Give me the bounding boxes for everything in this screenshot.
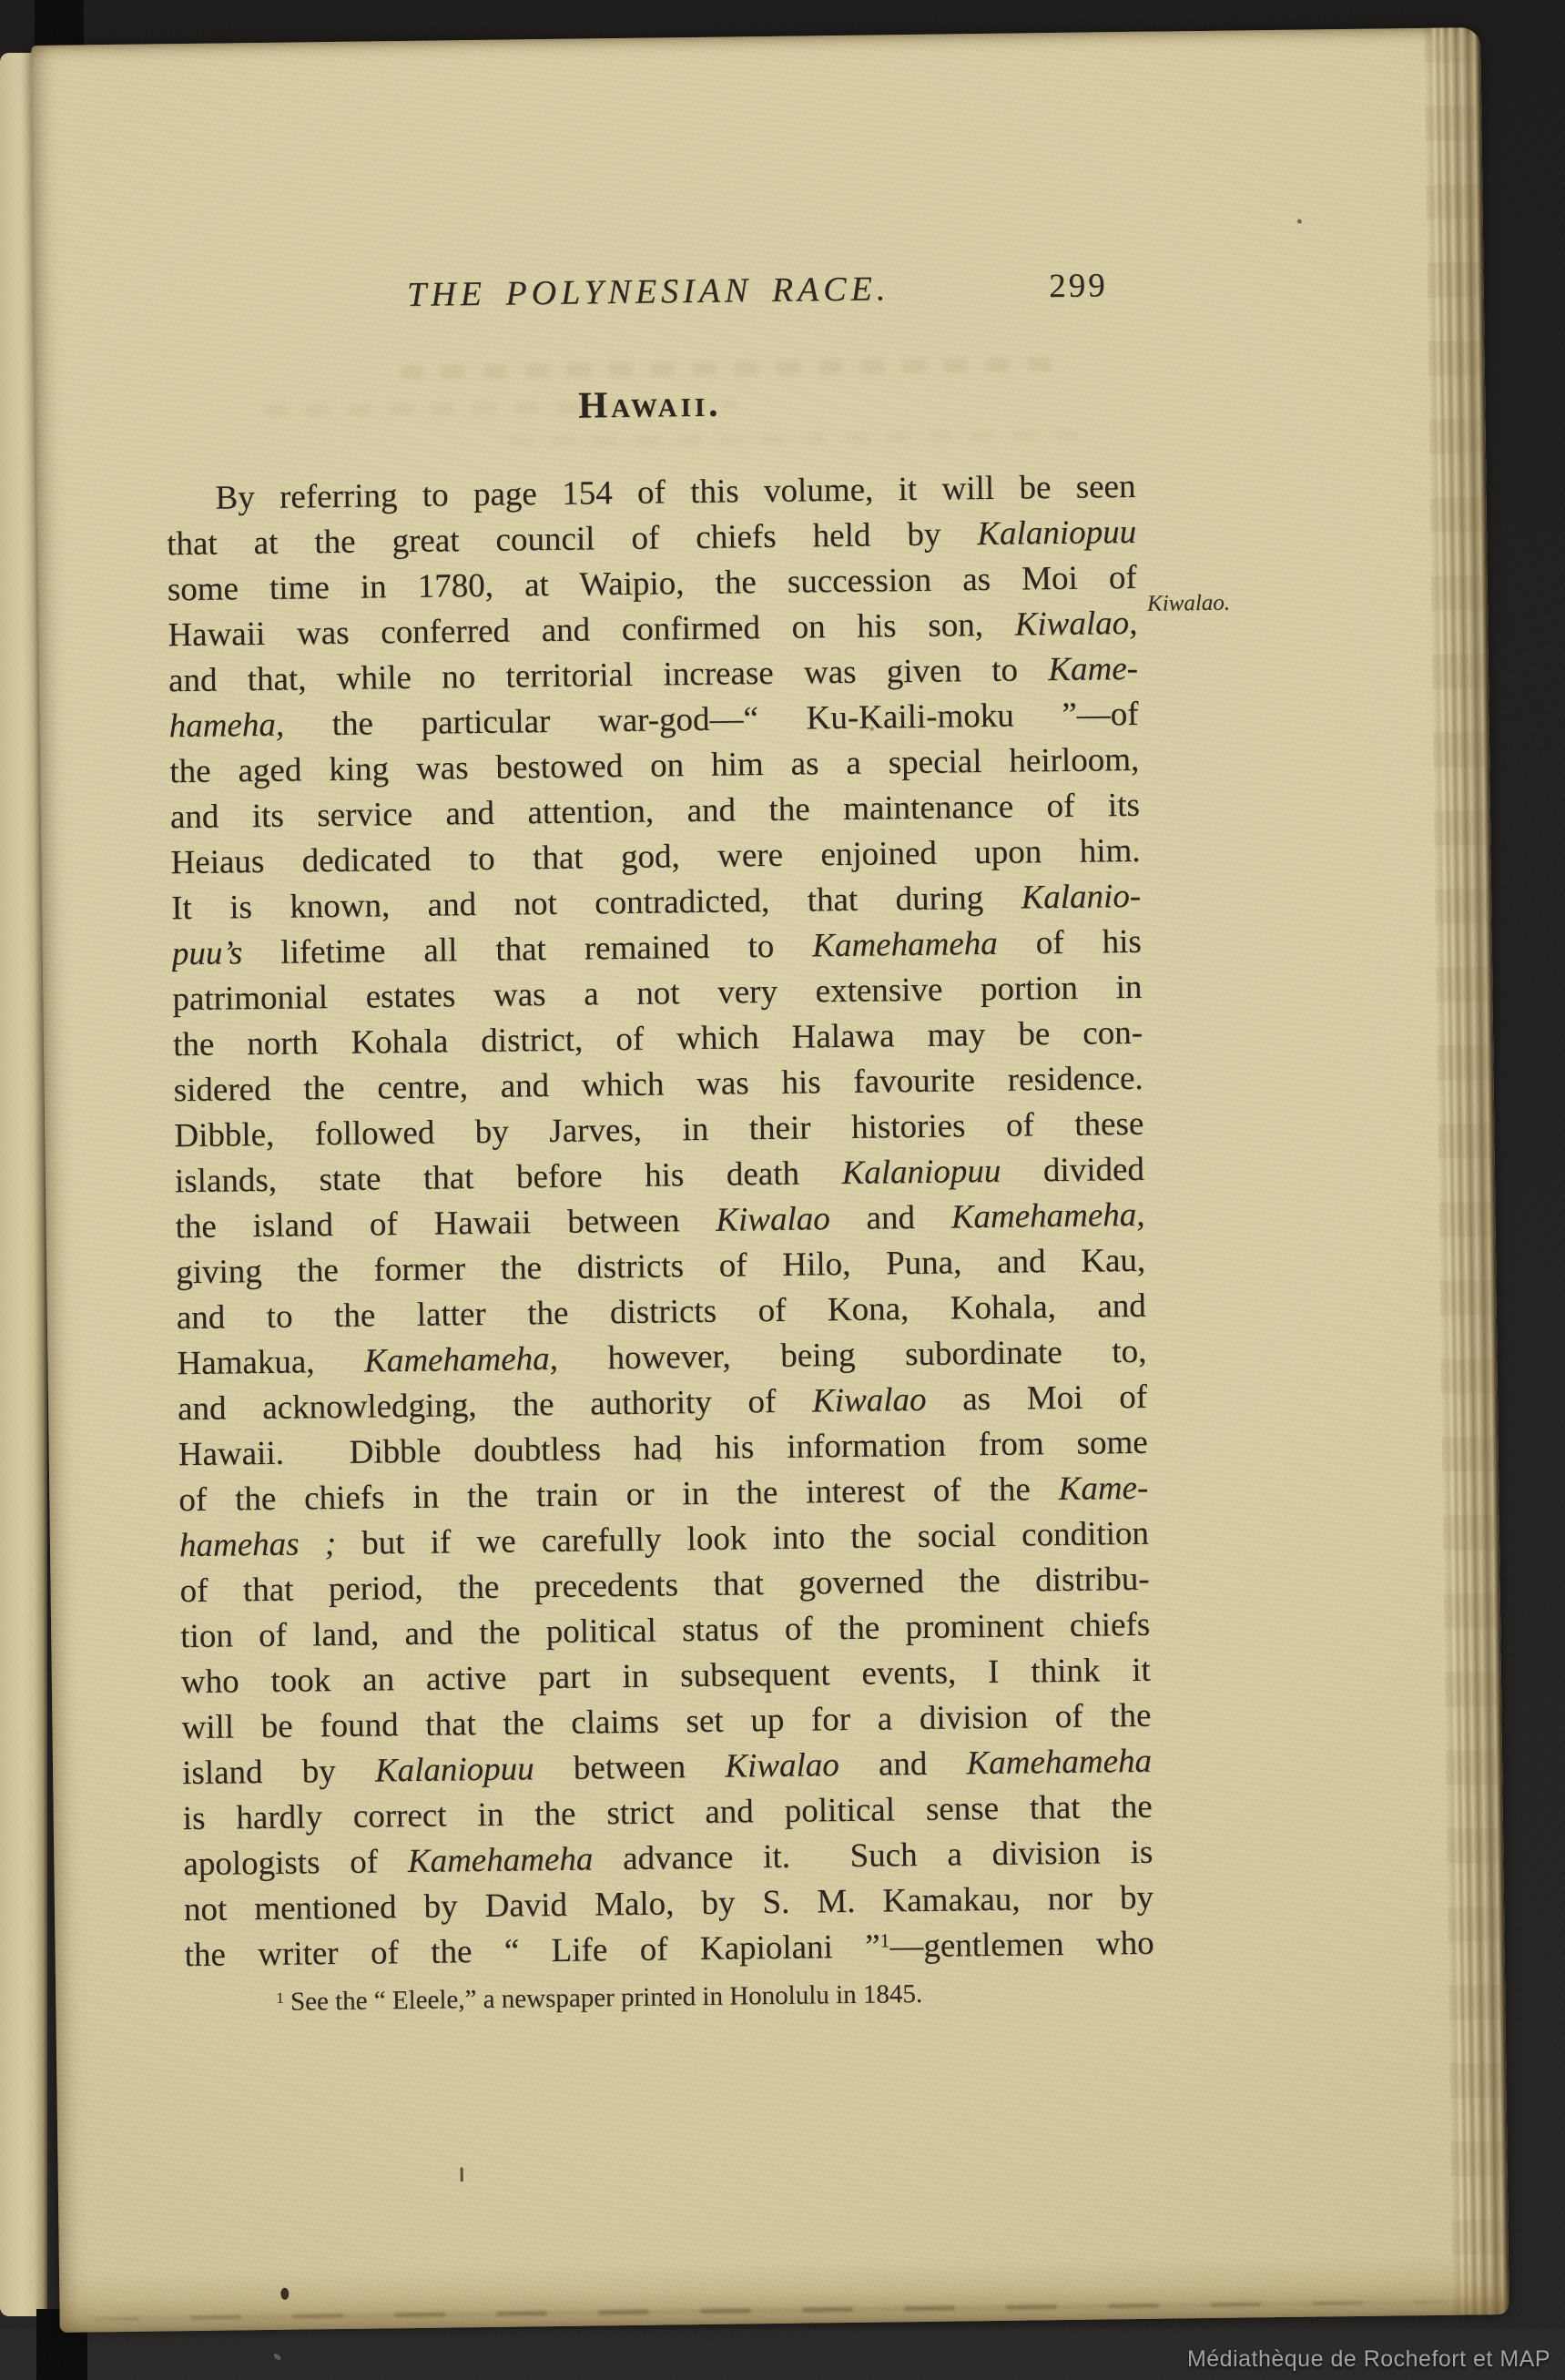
watermark: Médiathèque de Rochefort et MAP	[1187, 2346, 1550, 2373]
paper-speck	[461, 2167, 463, 2182]
page-bottom-stain	[59, 2254, 1509, 2333]
paper-speck	[280, 2288, 289, 2300]
section-heading: Hawaii.	[165, 376, 1135, 432]
paper-speck	[1297, 219, 1302, 224]
scanned-book-page: THE POLYNESIAN RACE. 299 Hawaii. By refe…	[0, 0, 1565, 2380]
body-text: By referring to page 154 of this volume,…	[166, 464, 1154, 1978]
margin-note: Kiwalao.	[1147, 588, 1311, 617]
book-page: THE POLYNESIAN RACE. 299 Hawaii. By refe…	[31, 27, 1509, 2333]
page-number: 299	[1049, 265, 1108, 308]
footnote: 1 See the “ Eleele,” a newspaper printed…	[185, 1973, 1154, 2025]
running-header-title: THE POLYNESIAN RACE.	[163, 265, 1133, 319]
bleedthrough-smudge	[510, 429, 1092, 447]
bleedthrough-smudge	[400, 357, 1055, 380]
running-header: THE POLYNESIAN RACE. 299	[163, 265, 1133, 319]
page-deckle-edge	[1424, 27, 1509, 2315]
